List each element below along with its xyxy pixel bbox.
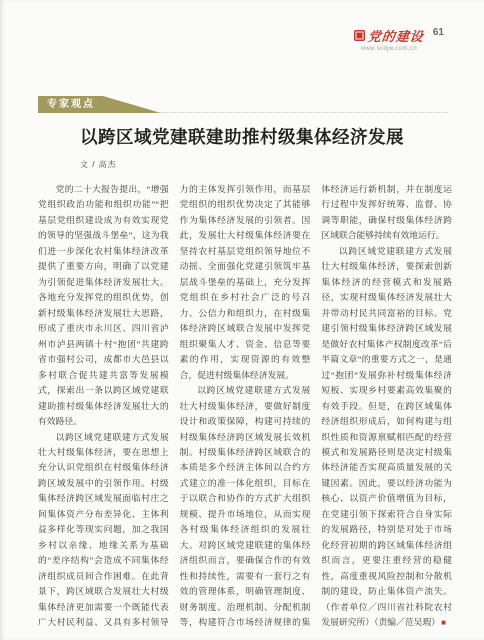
article-byline: 文 / 高杰 [80,159,404,170]
section-tag-tail [103,96,161,113]
title-block: 以跨区域党建联建助推村级集体经济发展 文 / 高杰 [0,124,484,170]
section-tag: 专家观点 [38,96,103,113]
magazine-logo: 党的建设 www.scdjw.com.cn [354,26,424,52]
paragraph-text: 以跨区域党建联建方式发展壮大村级集体经济，要探索创新集体经济的经营模式和发展路径… [321,246,452,596]
page-number: 61 [433,27,444,38]
section-header-row: 专家观点 [38,95,448,113]
article-end-mark-icon: ■ [441,618,446,627]
article-paragraph-1: 党的二十大报告提出，“增强党组织政治功能和组织功能”“把基层党组织建设成为有效实… [38,182,169,430]
logo-url: www.scdjw.com.cn [354,46,424,52]
article-body: 党的二十大报告提出，“增强党组织政治功能和组织功能”“把基层党组织建设成为有效实… [38,182,452,631]
magazine-page: 党的建设 www.scdjw.com.cn 61 专家观点 以跨区域党建联建助推… [0,0,484,640]
author-note: （作者单位／四川省社科院农村发展研究所）（责编／范吴瑕） [321,602,452,627]
masthead: 党的建设 www.scdjw.com.cn 61 [354,26,444,52]
article-title: 以跨区域党建联建助推村级集体经济发展 [80,124,404,149]
logo-seal-icon [354,30,365,41]
article-paragraph-4: 以跨区域党建联建方式发展壮大村级集体经济，要探索创新集体经济的经营模式和发展路径… [321,244,452,631]
dotted-divider [161,112,448,113]
logo-text: 党的建设 [367,26,425,45]
